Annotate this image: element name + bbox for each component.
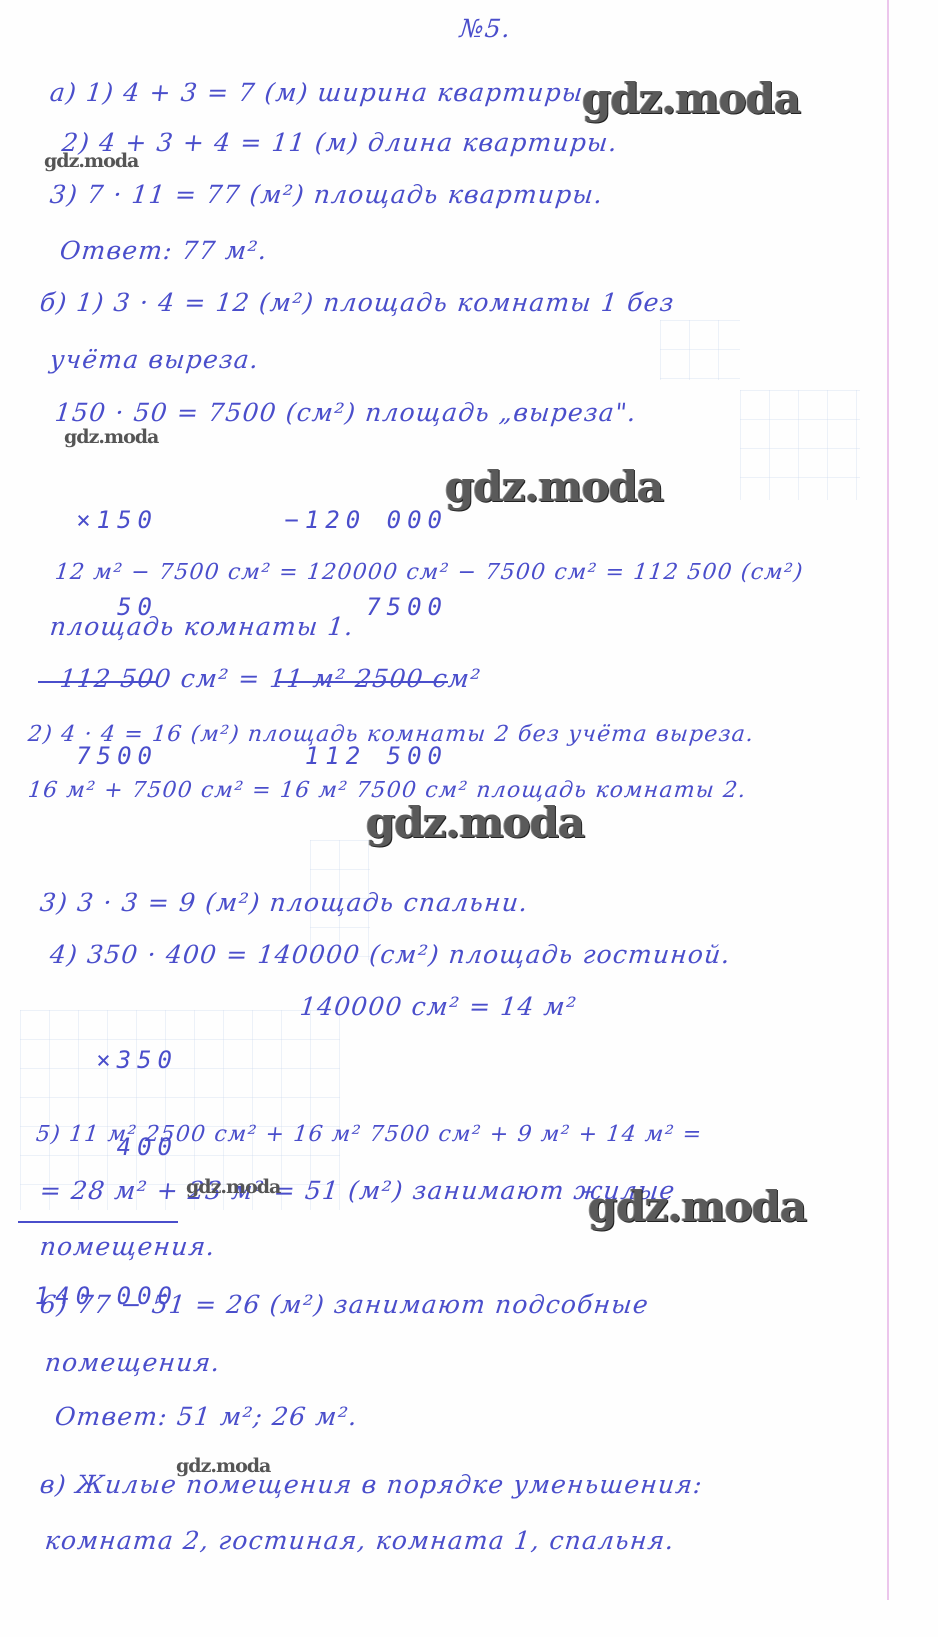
mult-top: 150: [97, 506, 158, 534]
watermark: gdz.moda: [176, 1455, 270, 1477]
part-b-step2-line: 2) 4 · 4 = 16 (м²) площадь комнаты 2 без…: [27, 722, 756, 747]
part-c-line2: комната 2, гостиная, комната 1, спальня.: [43, 1526, 676, 1555]
part-b-step3-line: 3) 3 · 3 = 9 (м²) площадь спальни.: [38, 888, 529, 917]
part-a-line-2: 2) 4 + 3 + 4 = 11 (м) длина квартиры.: [60, 128, 619, 157]
part-b-room1-result: 112 500 см² = 11 м² 2500 см²: [58, 664, 482, 693]
watermark: gdz.moda: [64, 426, 158, 448]
watermark: gdz.moda: [366, 798, 584, 847]
part-b-step6-line1: 6) 77 − 51 = 26 (м²) занимают подсобные: [38, 1290, 650, 1319]
mult2-rule: [18, 1221, 178, 1223]
watermark: gdz.moda: [186, 1176, 280, 1198]
task-number: №5.: [458, 14, 512, 43]
part-b-step5-line2: = 28 м² + 23 м² = 51 (м²) занимают жилые: [38, 1176, 677, 1205]
part-a-answer: Ответ: 77 м².: [58, 236, 269, 265]
watermark: gdz.moda: [44, 150, 138, 172]
sub-sign: −: [284, 506, 304, 534]
mult2-top: 350: [117, 1046, 178, 1074]
mult-sign: ×: [76, 506, 96, 534]
watermark: gdz.moda: [588, 1182, 806, 1231]
mult2-sign: ×: [96, 1046, 116, 1074]
part-b-conversion-line: 12 м² − 7500 см² = 120000 см² − 7500 см²…: [54, 560, 805, 585]
grid-patch: [740, 390, 860, 500]
part-b-step6-line2: помещения.: [43, 1348, 222, 1377]
part-b-room1-label: площадь комнаты 1.: [48, 612, 355, 641]
watermark: gdz.moda: [582, 74, 800, 123]
part-a-line-1: а) 1) 4 + 3 = 7 (м) ширина квартиры.: [48, 78, 594, 107]
part-a-line-3: 3) 7 · 11 = 77 (м²) площадь квартиры.: [48, 180, 604, 209]
part-b-step4-conversion: 140000 см² = 14 м²: [298, 992, 578, 1021]
watermark: gdz.moda: [445, 462, 663, 511]
margin-line: [887, 0, 889, 1600]
grid-patch: [660, 320, 740, 380]
part-c-line1: в) Жилые помещения в порядке уменьшения:: [38, 1470, 704, 1499]
part-b-cutout-line: 150 · 50 = 7500 (см²) площадь „выреза".: [53, 398, 638, 427]
part-b-step4-line: 4) 350 · 400 = 140000 (см²) площадь гост…: [48, 940, 732, 969]
part-b-step1-line2: учёта выреза.: [48, 345, 260, 374]
part-b-step5-line1: 5) 11 м² 2500 см² + 16 м² 7500 см² + 9 м…: [35, 1122, 704, 1147]
part-b-step5-line3: помещения.: [38, 1232, 217, 1261]
part-b-step1-line1: б) 1) 3 · 4 = 12 (м²) площадь комнаты 1 …: [38, 288, 676, 317]
notebook-page: №5. а) 1) 4 + 3 = 7 (м) ширина квартиры.…: [0, 0, 938, 1637]
part-b-answer: Ответ: 51 м²; 26 м².: [53, 1402, 359, 1431]
sub-top: 120 000: [305, 506, 448, 534]
